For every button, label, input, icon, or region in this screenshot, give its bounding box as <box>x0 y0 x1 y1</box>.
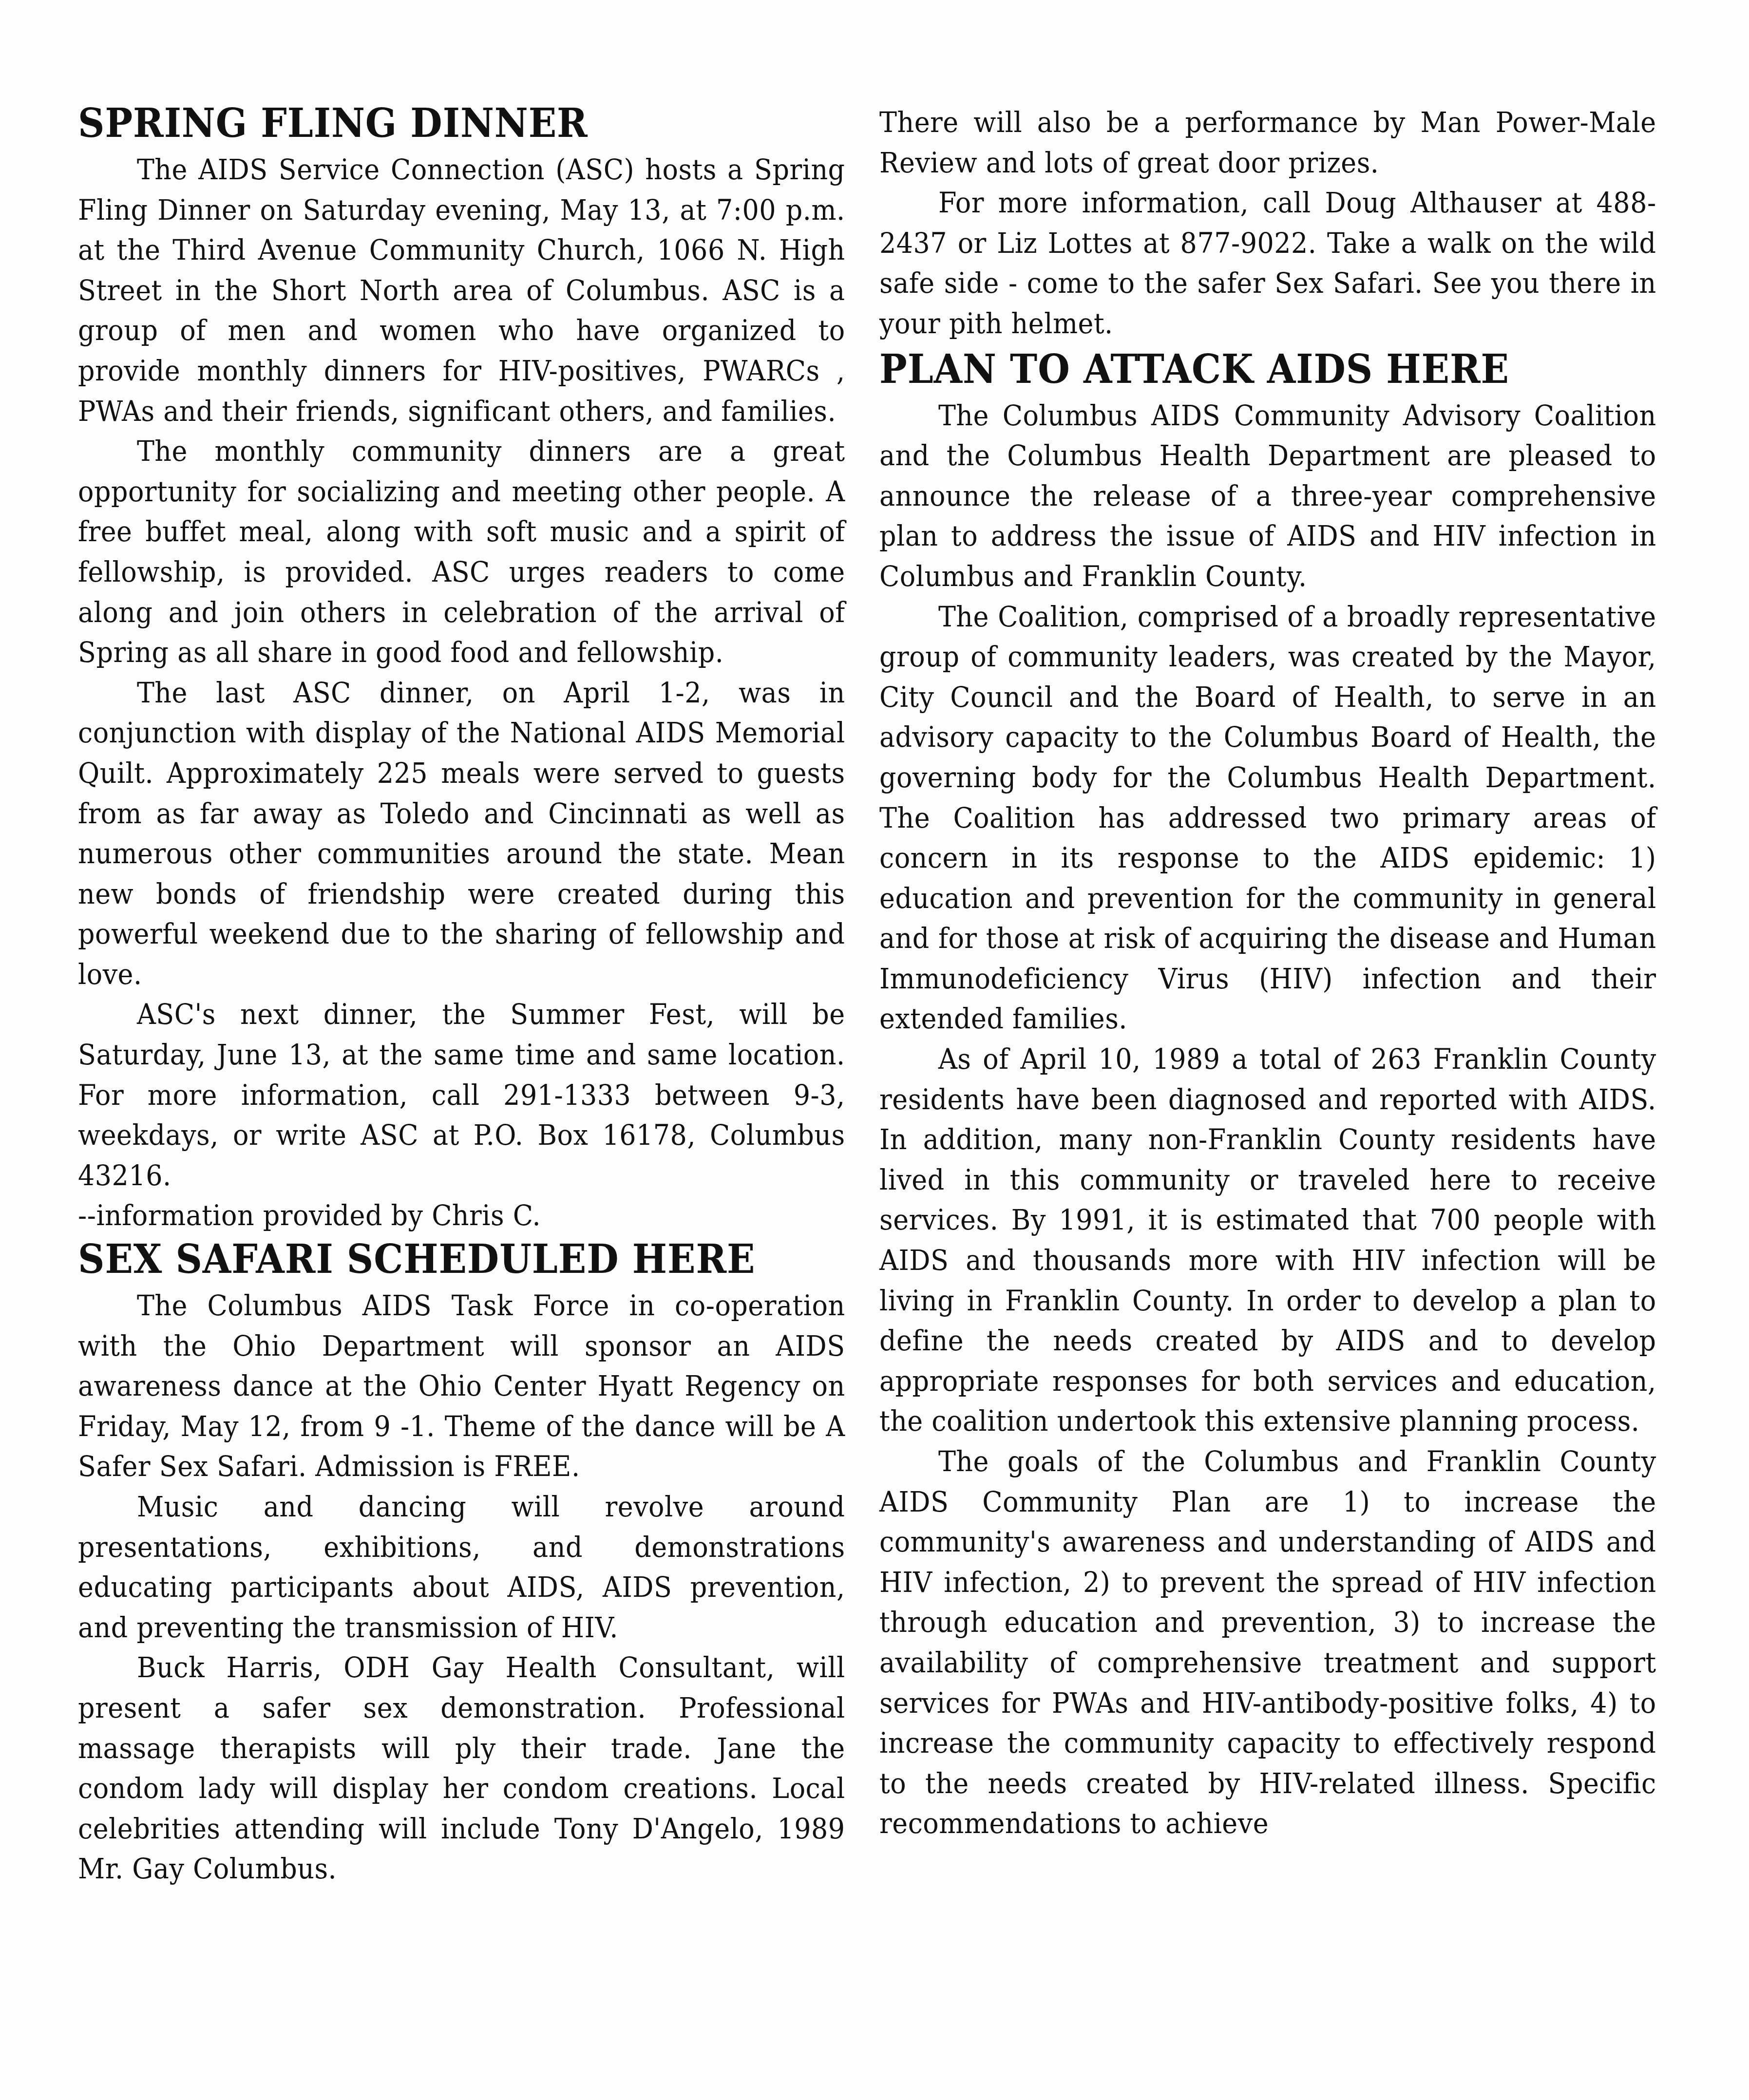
article-paragraph: As of April 10, 1989 a total of 263 Fran… <box>879 1039 1656 1441</box>
left-column: SPRING FLING DINNER The AIDS Service Con… <box>78 100 845 1889</box>
article-paragraph: The Coalition, comprised of a broadly re… <box>879 597 1656 1040</box>
article-sex-safari-continued: There will also be a performance by Man … <box>879 102 1656 344</box>
article-paragraph: The monthly community dinners are a grea… <box>78 431 845 673</box>
article-paragraph: The AIDS Service Connection (ASC) hosts … <box>78 150 845 431</box>
article-spring-fling-dinner: SPRING FLING DINNER The AIDS Service Con… <box>78 100 845 1236</box>
article-paragraph: There will also be a performance by Man … <box>879 102 1656 183</box>
headline-sex-safari: SEX SAFARI SCHEDULED HERE <box>78 1236 784 1283</box>
article-paragraph: Music and dancing will revolve around pr… <box>78 1487 845 1647</box>
article-sex-safari-scheduled-here: SEX SAFARI SCHEDULED HERE The Columbus A… <box>78 1236 845 1889</box>
article-plan-to-attack-aids: PLAN TO ATTACK AIDS HERE The Columbus AI… <box>879 346 1656 1844</box>
article-paragraph: The Columbus AIDS Community Advisory Coa… <box>879 396 1656 597</box>
article-paragraph: The goals of the Columbus and Franklin C… <box>879 1441 1656 1844</box>
article-paragraph: Buck Harris, ODH Gay Health Consultant, … <box>78 1647 845 1889</box>
article-paragraph: ASC's next dinner, the Summer Fest, will… <box>78 994 845 1195</box>
article-paragraph: The Columbus AIDS Task Force in co-opera… <box>78 1286 845 1487</box>
headline-plan-to-attack-aids: PLAN TO ATTACK AIDS HERE <box>879 346 1594 393</box>
article-paragraph: The last ASC dinner, on April 1-2, was i… <box>78 673 845 995</box>
headline-spring-fling-dinner: SPRING FLING DINNER <box>78 100 784 147</box>
article-paragraph: For more information, call Doug Althause… <box>879 183 1656 343</box>
article-credit: --information provided by Chris C. <box>78 1195 845 1236</box>
newsletter-page: SPRING FLING DINNER The AIDS Service Con… <box>0 0 1749 2100</box>
right-column: There will also be a performance by Man … <box>879 102 1656 1844</box>
